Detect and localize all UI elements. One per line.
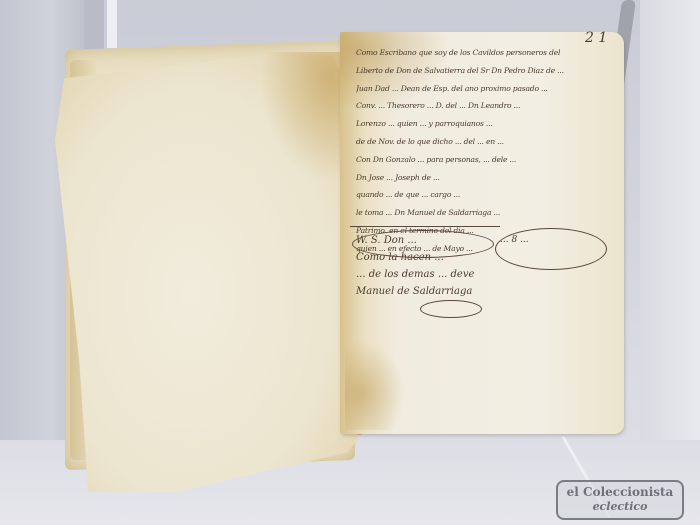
text-line: Liberto de Don de Salvatierra del Sr Dn … (356, 62, 618, 80)
water-stain (345, 340, 405, 430)
text-line: de de Nov. de lo que dicho ... del ... e… (356, 133, 618, 151)
watermark-logo: el Coleccionista eclectico (556, 480, 684, 520)
signature-flourish (495, 228, 607, 270)
signature-flourish (420, 300, 482, 318)
text-line: Con Dn Gonzalo ... para personas, ... de… (356, 151, 618, 169)
support-rod (107, 0, 117, 48)
signature-flourish (352, 230, 494, 258)
text-line: quando ... de que ... cargo ... (356, 186, 618, 204)
text-line: le toma ... Dn Manuel de Saldarriaga ... (356, 204, 618, 222)
text-line: Dn Jose ... Joseph de ... (356, 169, 618, 187)
text-line: Juan Dad ... Dean de Esp. del ano proxim… (356, 80, 618, 98)
divider-rule (350, 226, 500, 227)
text-line: Como Escribano que soy de los Cavildos p… (356, 44, 618, 62)
text-line: Lorenzo ... quien ... y parroquianos ... (356, 115, 618, 133)
text-line: Conv. ... Thesorero ... D. del ... Dn Le… (356, 97, 618, 115)
